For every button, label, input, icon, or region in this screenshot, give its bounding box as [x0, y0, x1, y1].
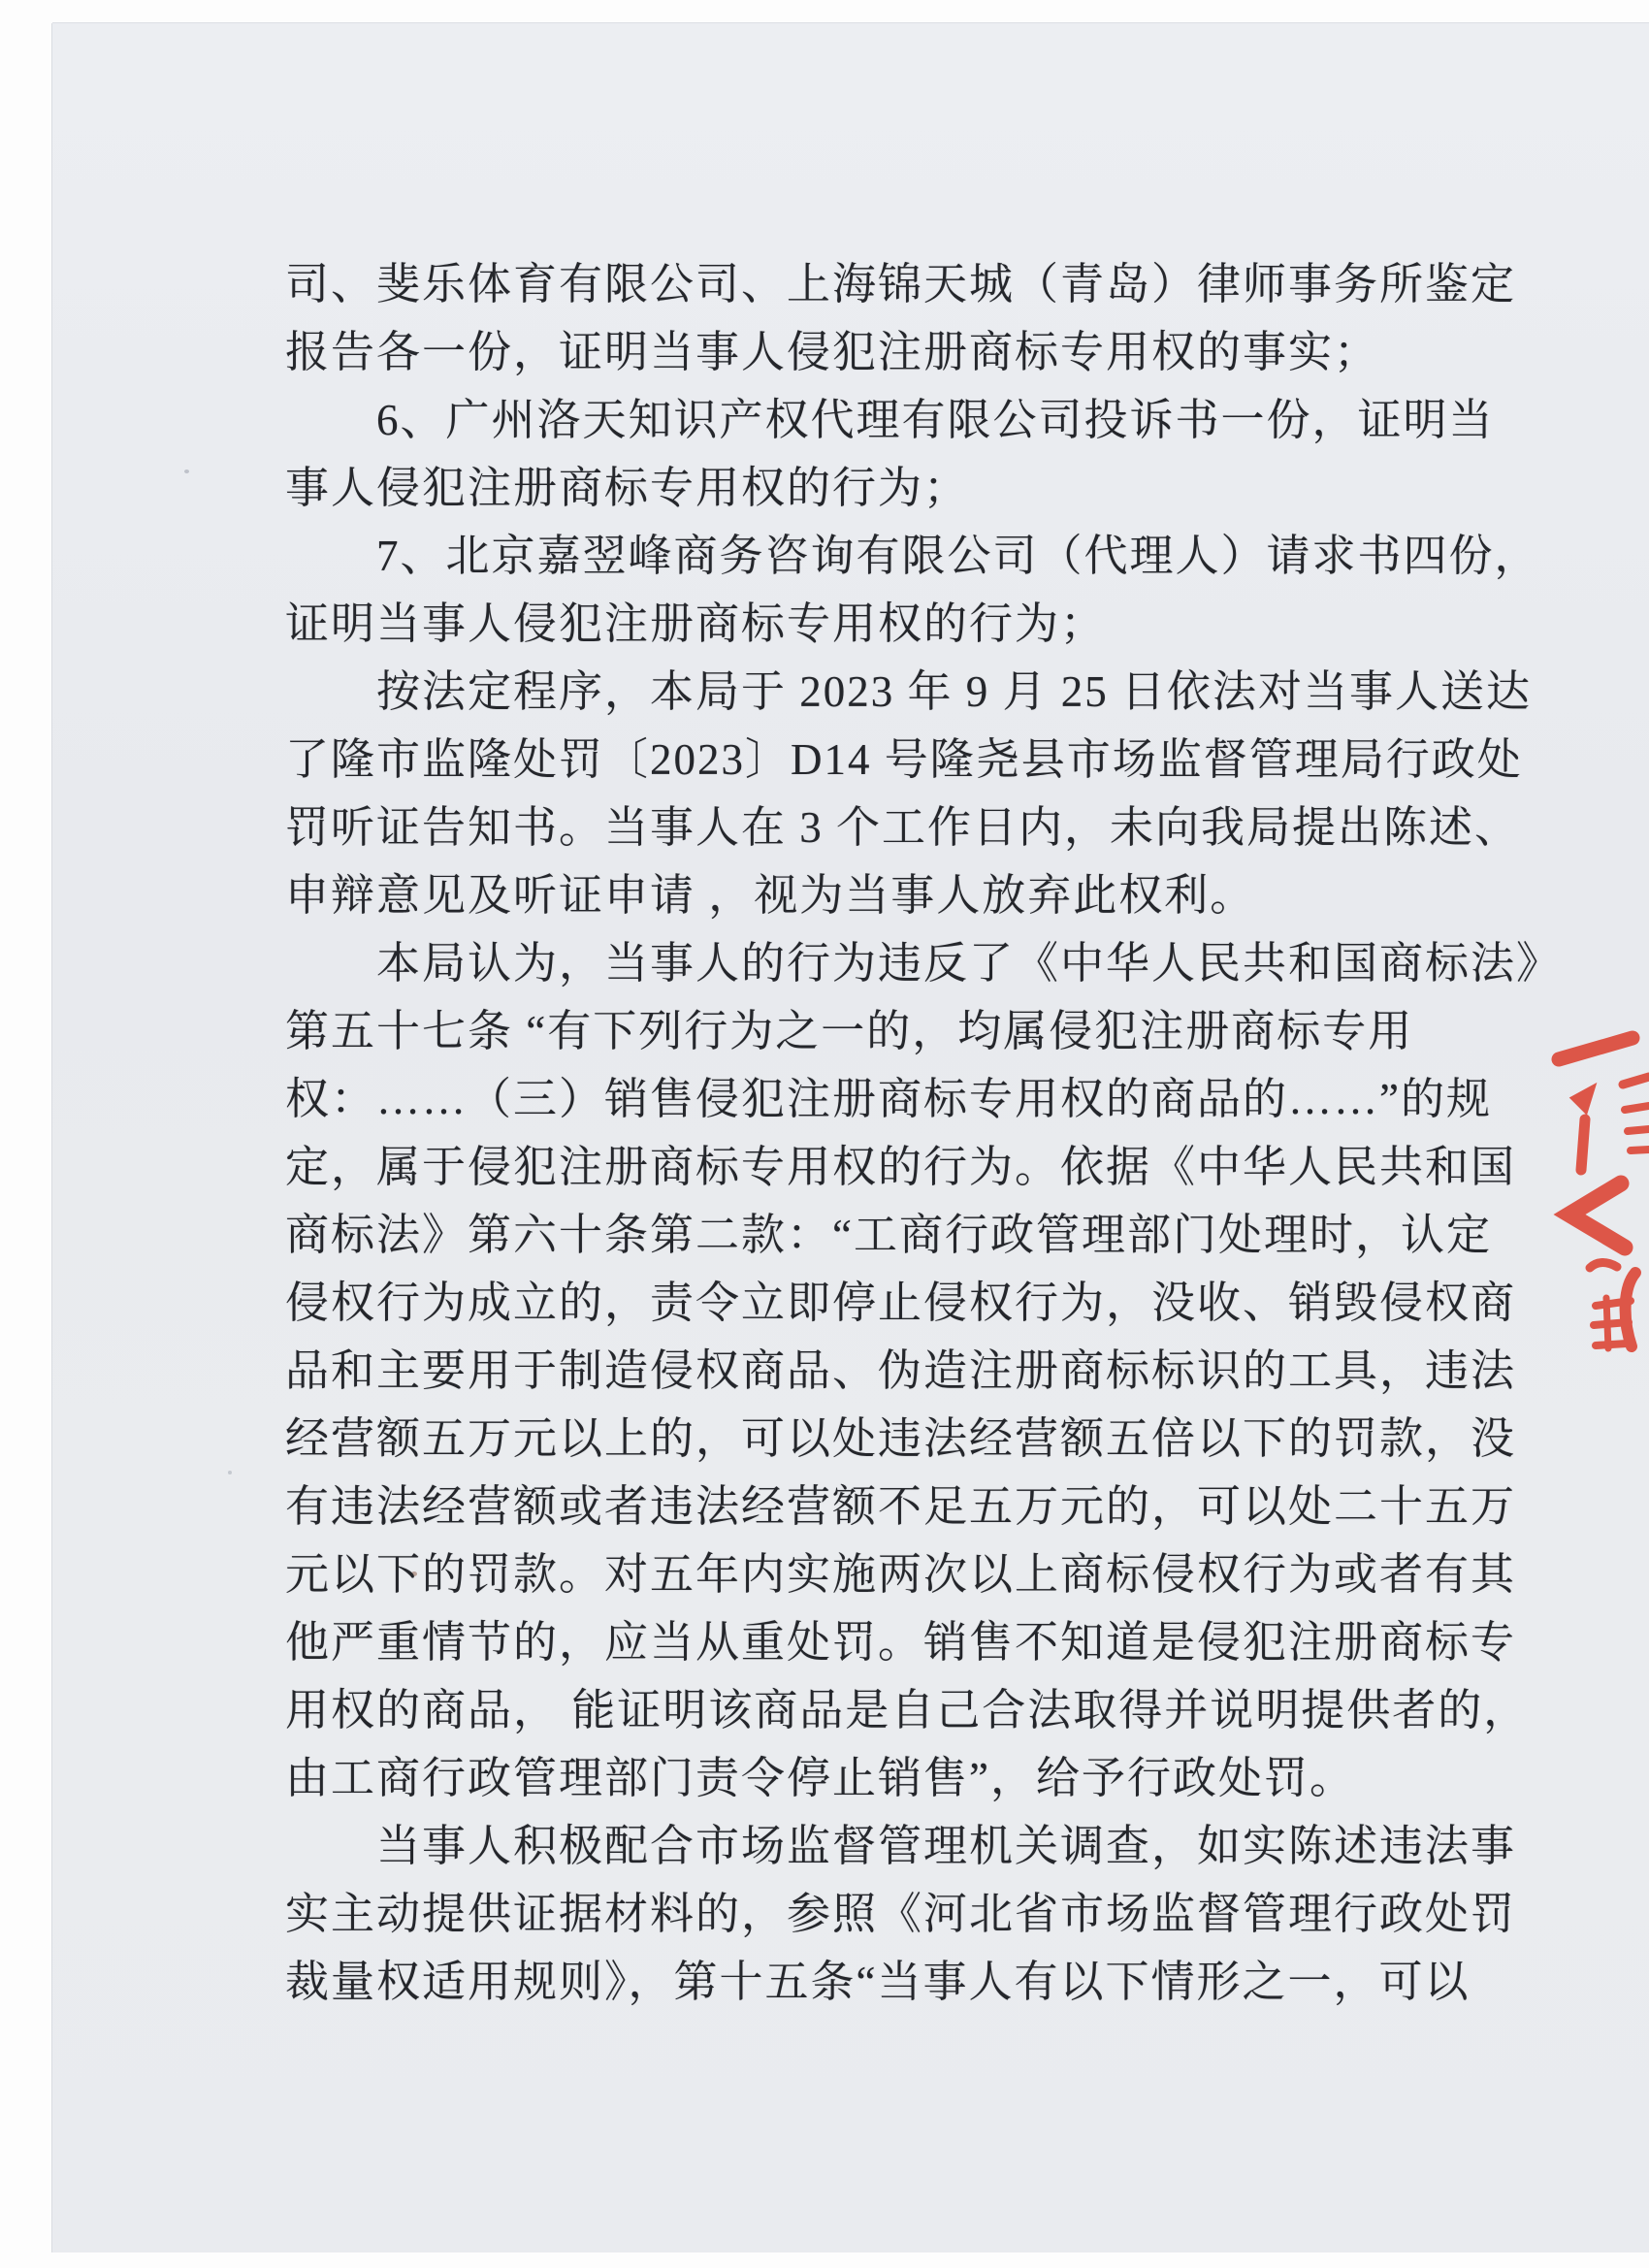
document-body-text: 司、斐乐体育有限公司、上海锦天城（青岛）律师事务所鉴定 报告各一份，证明当事人侵… — [285, 250, 1517, 2016]
text-line: 元以下的罚款。对五年内实施两次以上商标侵权行为或者有其 — [285, 1540, 1517, 1608]
text-line: 本局认为，当事人的行为违反了《中华人民共和国商标法》 — [285, 929, 1517, 997]
text-line: 由工商行政管理部门责令停止销售”，给予行政处罚。 — [285, 1744, 1517, 1812]
text-line: 当事人积极配合市场监督管理机关调查，如实陈述违法事 — [285, 1812, 1517, 1880]
text-line: 罚听证告知书。当事人在 3 个工作日内，未向我局提出陈述、 — [285, 794, 1517, 861]
text-line: 司、斐乐体育有限公司、上海锦天城（青岛）律师事务所鉴定 — [285, 250, 1517, 318]
text-line: 申辩意见及听证申请 ，视为当事人放弃此权利。 — [285, 861, 1517, 929]
text-line: 第五十七条 “有下列行为之一的，均属侵犯注册商标专用 — [285, 997, 1517, 1065]
text-line: 证明当事人侵犯注册商标专用权的行为； — [285, 590, 1517, 658]
text-line: 按法定程序，本局于 2023 年 9 月 25 日依法对当事人送达 — [285, 658, 1517, 726]
text-line: 报告各一份，证明当事人侵犯注册商标专用权的事实； — [285, 318, 1517, 386]
text-line: 他严重情节的，应当从重处罚。销售不知道是侵犯注册商标专 — [285, 1608, 1517, 1676]
text-line: 定，属于侵犯注册商标专用权的行为。依据《中华人民共和国 — [285, 1133, 1517, 1201]
text-line: 7、北京嘉翌峰商务咨询有限公司（代理人）请求书四份， — [285, 522, 1517, 590]
scan-speck — [228, 1471, 232, 1474]
text-line: 有违法经营额或者违法经营额不足五万元的，可以处二十五万 — [285, 1473, 1517, 1540]
text-line: 裁量权适用规则》，第十五条“当事人有以下情形之一，可以 — [285, 1948, 1517, 2016]
text-line: 用权的商品， 能证明该商品是自己合法取得并说明提供者的， — [285, 1676, 1517, 1744]
text-line: 品和主要用于制造侵权商品、伪造注册商标标识的工具，违法 — [285, 1337, 1517, 1405]
text-line: 权：……（三）销售侵犯注册商标专用权的商品的……”的规 — [285, 1065, 1517, 1133]
text-line: 侵权行为成立的，责令立即停止侵权行为，没收、销毁侵权商 — [285, 1269, 1517, 1337]
text-line: 经营额五万元以上的，可以处违法经营额五倍以下的罚款，没 — [285, 1405, 1517, 1473]
scan-speck — [184, 470, 189, 473]
text-line: 了隆市监隆处罚〔2023〕D14 号隆尧县市场监督管理局行政处 — [285, 726, 1517, 794]
text-line: 事人侵犯注册商标专用权的行为； — [285, 454, 1517, 522]
text-line: 实主动提供证据材料的，参照《河北省市场监督管理行政处罚 — [285, 1880, 1517, 1948]
text-line: 商标法》第六十条第二款：“工商行政管理部门处理时，认定 — [285, 1201, 1517, 1269]
official-seal-fragment-icon — [1537, 1022, 1649, 1352]
scanned-page: 司、斐乐体育有限公司、上海锦天城（青岛）律师事务所鉴定 报告各一份，证明当事人侵… — [52, 23, 1649, 2252]
text-line: 6、广州洛天知识产权代理有限公司投诉书一份，证明当 — [285, 386, 1517, 454]
